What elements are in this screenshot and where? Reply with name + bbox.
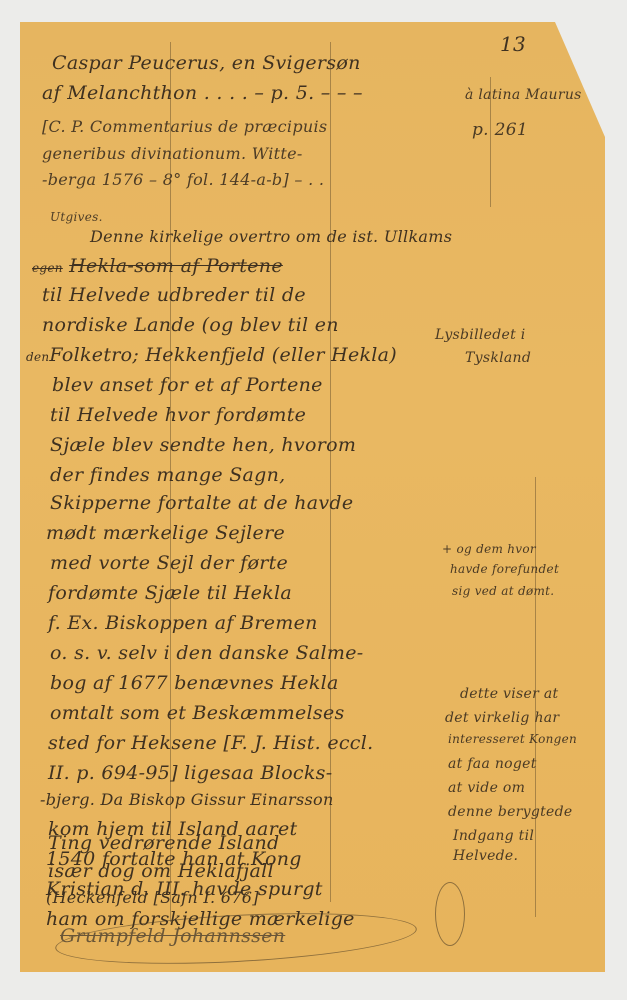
body-line: bog af 1677 benævnes Hekla: [50, 672, 339, 694]
body-line: f. Ex. Biskoppen af Bremen: [48, 612, 318, 634]
margin-note: sig ved at dømt.: [452, 584, 554, 598]
page-number: 13: [500, 32, 526, 56]
left-margin-note: den: [26, 350, 49, 364]
body-line: egen Hekla-som af Portene: [32, 255, 283, 277]
margin-note: havde forefundet: [450, 562, 559, 576]
header-line: Utgives.: [50, 210, 103, 224]
body-line: mødt mærkelige Sejlere: [46, 522, 285, 544]
body-line: til Helvede hvor fordømte: [50, 404, 306, 426]
header-line: af Melanchthon . . . . – p. 5. – – –: [42, 82, 363, 104]
body-line: -bjerg. Da Biskop Gissur Einarsson: [40, 790, 334, 809]
margin-note: at faa noget: [448, 756, 537, 772]
body-line: især dog om Heklafjall: [48, 860, 274, 882]
body-line: til Helvede udbreder til de: [42, 284, 306, 306]
header-line: Caspar Peucerus, en Svigersøn: [52, 52, 361, 74]
doodle: [435, 882, 465, 946]
body-line-text: Hekla-som af Portene: [69, 255, 283, 277]
body-line-text: Folketro; Hekkenfjeld (eller Hekla): [49, 344, 397, 366]
body-line: sted for Heksene [F. J. Hist. eccl.: [48, 732, 373, 754]
header-margin-note: p. 261: [472, 120, 528, 140]
body-line: o. s. v. selv i den danske Salme-: [50, 642, 364, 664]
margin-note: Tyskland: [465, 350, 531, 366]
body-line: Sjæle blev sendte hen, hvorom: [50, 434, 356, 456]
body-line: Skipperne fortalte at de havde: [50, 492, 353, 514]
margin-note: Indgang til: [453, 828, 534, 844]
header-line: generibus divinationum. Witte-: [42, 144, 303, 163]
body-line: II. p. 694-95] ligesaa Blocks-: [48, 762, 332, 784]
margin-note: det virkelig har: [445, 710, 559, 726]
body-line: Ting vedrørende Island: [48, 832, 280, 854]
body-line: denFolketro; Hekkenfjeld (eller Hekla): [26, 344, 397, 366]
left-margin-note: egen: [32, 261, 63, 275]
body-line: Denne kirkelige overtro om de ist. Ullka…: [90, 227, 452, 246]
body-line: med vorte Sejl der førte: [50, 552, 288, 574]
body-line: nordiske Lande (og blev til en: [42, 314, 339, 336]
body-line: der findes mange Sagn,: [50, 464, 285, 486]
margin-note: + og dem hvor: [442, 542, 536, 556]
body-line: (Heckenfeld [Safn I. 676]: [46, 888, 259, 907]
margin-note: at vide om: [448, 780, 525, 796]
margin-note: Lysbilledet i: [435, 327, 526, 343]
body-line: omtalt som et Beskæmmelses: [50, 702, 345, 724]
margin-note: dette viser at: [460, 686, 558, 702]
header-line: [C. P. Commentarius de præcipuis: [42, 117, 327, 136]
header-margin-note: à latina Maurus: [465, 87, 582, 103]
margin-note: interesseret Kongen: [448, 732, 577, 746]
margin-note: denne berygtede: [448, 804, 572, 820]
body-line: blev anset for et af Portene: [52, 374, 323, 396]
body-line: fordømte Sjæle til Hekla: [48, 582, 292, 604]
margin-note: Helvede.: [453, 848, 518, 864]
crossed-out-signature: Grumpfeld Johannssen: [60, 925, 285, 947]
header-line: -berga 1576 – 8° fol. 144-a-b] – . .: [42, 170, 324, 189]
